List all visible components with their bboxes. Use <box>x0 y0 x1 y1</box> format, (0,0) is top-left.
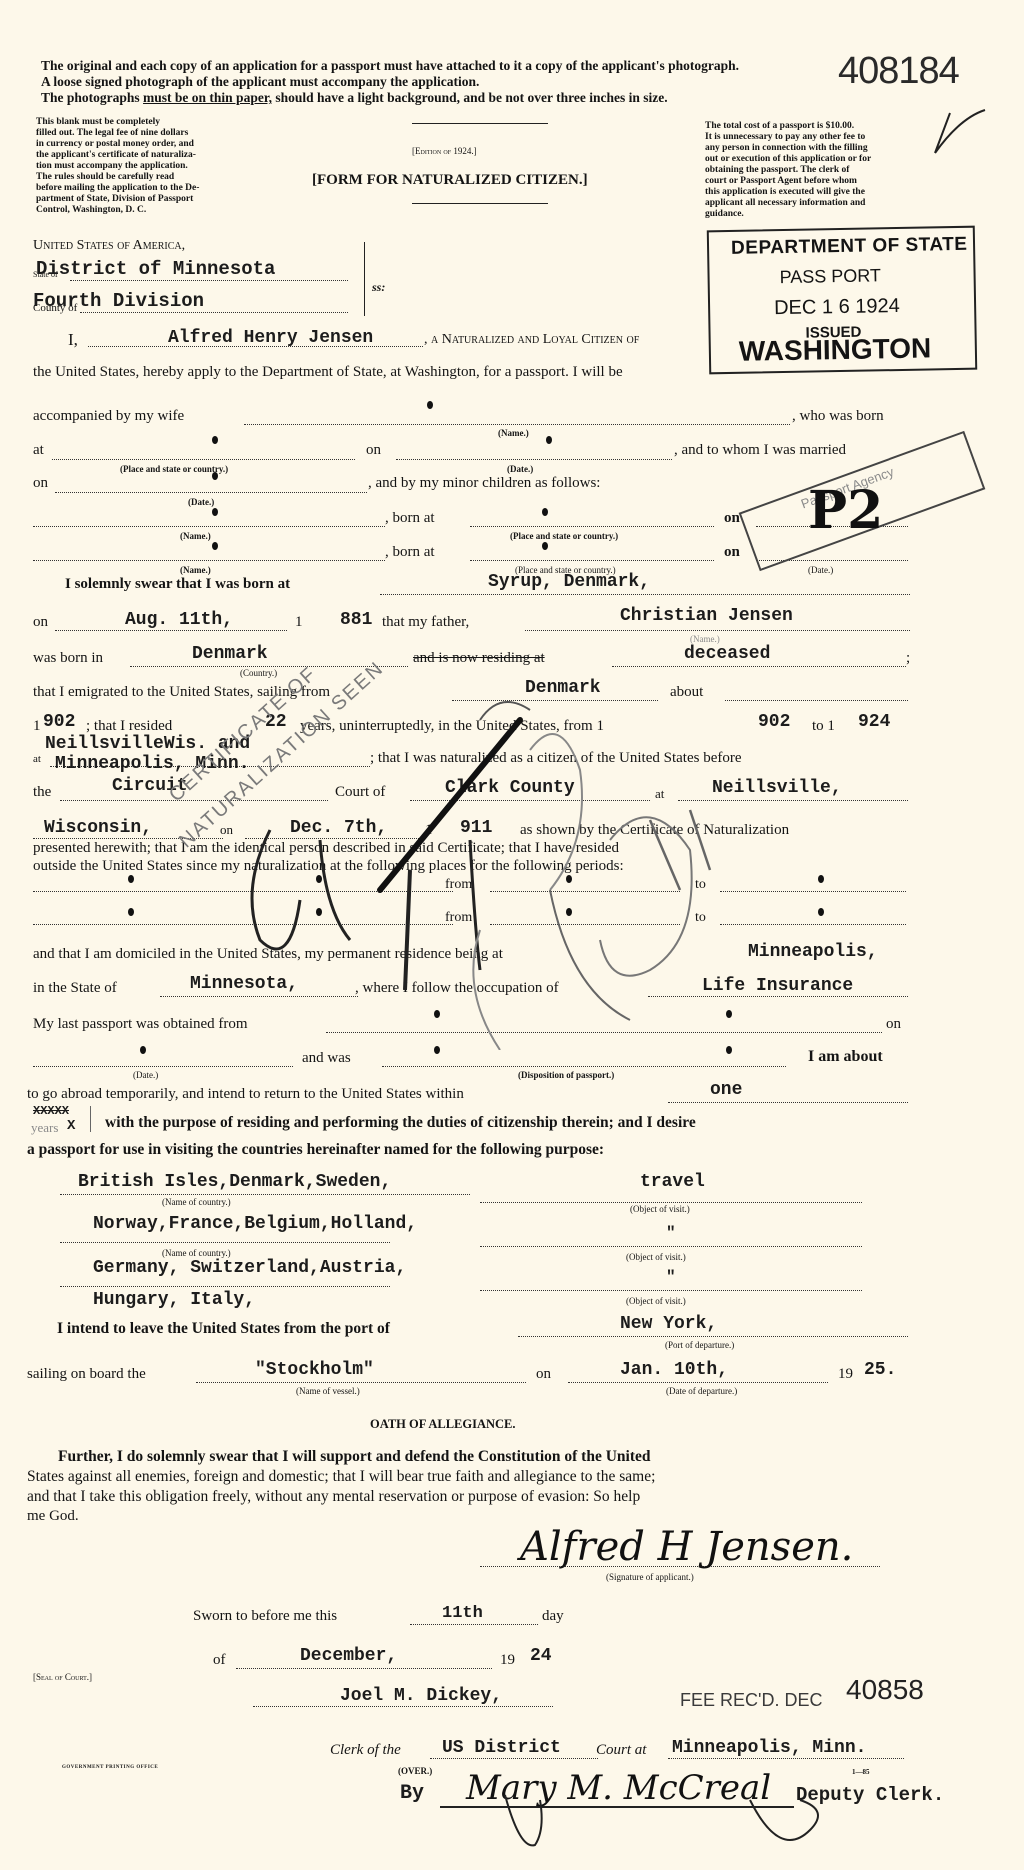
year-prefix: 19 <box>500 1652 515 1669</box>
state-field[interactable]: District of Minnesota <box>36 258 275 280</box>
caption: (Place and state or country.) <box>510 531 618 541</box>
at-label: at <box>33 753 41 765</box>
stamp-washington: WASHINGTON <box>739 332 932 367</box>
to-year-field[interactable]: 924 <box>858 712 890 732</box>
instruction-line: applicant all necessary information and <box>705 198 871 209</box>
stamp-line-1: DEPARTMENT OF STATE <box>731 234 968 260</box>
object-line-3 <box>480 1290 862 1291</box>
instruction-line: court or Passport Agent before whom <box>705 176 871 187</box>
year-prefix: 1 <box>295 614 303 631</box>
object-field-1[interactable]: travel <box>640 1172 705 1192</box>
oath-line-1: Further, I do solemnly swear that I will… <box>58 1448 651 1466</box>
seal-label: [Seal of Court.] <box>33 1672 92 1682</box>
disposition-line <box>382 1066 786 1067</box>
on-label: on <box>536 1366 551 1383</box>
required-marker <box>212 472 218 480</box>
return-period-field[interactable]: one <box>710 1080 742 1100</box>
instruction-line: This blank must be completely <box>36 117 199 128</box>
required-marker <box>212 542 218 550</box>
instruction-line: tion must accompany the application. <box>36 161 199 172</box>
stamp-line-2: PASS PORT <box>779 265 881 288</box>
child-2-place-line <box>470 560 714 561</box>
departure-date-line <box>568 1382 828 1383</box>
caption: (Name.) <box>498 428 529 438</box>
wife-birthdate-line <box>396 459 672 460</box>
required-marker <box>546 436 552 444</box>
father-status-field[interactable]: deceased <box>684 644 770 664</box>
clerk-of-label: Clerk of the <box>330 1742 401 1759</box>
citizen-text: , a Naturalized and Loyal Citizen of <box>424 332 639 348</box>
caption: (Date of departure.) <box>666 1386 737 1396</box>
applicant-name-field[interactable]: Alfred Henry Jensen <box>168 328 373 348</box>
on-label: on <box>724 544 740 561</box>
to-label: to 1 <box>812 718 835 735</box>
countries-line-2 <box>60 1242 390 1243</box>
court-state-field[interactable]: Wisconsin, <box>44 818 152 838</box>
residing-text: and is now residing at <box>413 650 545 667</box>
on-label: on <box>724 510 740 527</box>
sworn-month-field[interactable]: December, <box>300 1646 397 1666</box>
born-at-label: , born at <box>385 544 435 561</box>
object-line-1 <box>480 1202 862 1203</box>
handwritten-annotation-icon <box>230 690 790 1050</box>
required-marker <box>818 875 824 883</box>
instruction-line: It is unnecessary to pay any other fee t… <box>705 132 871 143</box>
father-name-field[interactable]: Christian Jensen <box>620 606 793 626</box>
fee-number: 40858 <box>846 1674 924 1706</box>
born-in-label: was born in <box>33 650 103 667</box>
return-period-line <box>668 1102 908 1103</box>
caption: (Name.) <box>690 634 720 644</box>
port-text: I intend to leave the United States from… <box>57 1320 390 1338</box>
venue-country: United States of America, <box>33 238 185 254</box>
on-label: on <box>366 442 381 459</box>
object-field-3[interactable]: " <box>666 1268 676 1286</box>
countries-line-1 <box>60 1194 470 1195</box>
required-marker <box>427 401 433 409</box>
residing-label: and is now residing at <box>413 650 545 666</box>
years-label: years <box>31 1120 58 1136</box>
caption: (Object of visit.) <box>626 1252 686 1262</box>
required-marker <box>128 908 134 916</box>
instruction-line: this application is executed will give t… <box>705 187 871 198</box>
state-field-line <box>70 280 348 281</box>
oath-title: OATH OF ALLEGIANCE. <box>370 1417 516 1432</box>
oath-line-2: States against all enemies, foreign and … <box>27 1468 655 1486</box>
instruction-line: before mailing the application to the De… <box>36 183 199 194</box>
sworn-year-field[interactable]: 24 <box>530 1646 552 1666</box>
applicant-signature[interactable]: Alfred H Jensen. <box>520 1524 853 1570</box>
notice-line-3-pre: The photographs <box>41 90 143 105</box>
oath-line-4: me God. <box>27 1508 79 1525</box>
year-prefix: 19 <box>838 1366 853 1383</box>
caption: (Date.) <box>133 1070 158 1080</box>
at-label: at <box>33 442 44 459</box>
i-label: I, <box>68 330 78 350</box>
birthdate-field[interactable]: Aug. 11th, <box>125 610 233 630</box>
divider <box>412 203 548 204</box>
handwritten-mark: P2 <box>808 480 883 541</box>
father-country-field[interactable]: Denmark <box>192 644 268 664</box>
caption: (Name of vessel.) <box>296 1386 360 1396</box>
required-marker <box>818 908 824 916</box>
instruction-line: out or execution of this application or … <box>705 154 871 165</box>
departure-year-field[interactable]: 25. <box>864 1360 896 1380</box>
who-born-text: , who was born <box>792 408 884 425</box>
required-marker <box>128 875 134 883</box>
countries-field-3[interactable]: Germany, Switzerland,Austria, <box>93 1258 406 1278</box>
wife-label: accompanied by my wife <box>33 408 184 425</box>
application-number: 408184 <box>838 50 959 93</box>
born-at-label: , born at <box>385 510 435 527</box>
countries-line-3 <box>60 1286 390 1287</box>
birthdate-line <box>55 630 287 631</box>
instruction-line: any person in connection with the fillin… <box>705 143 871 154</box>
stamp-date: DEC 1 6 1924 <box>774 295 900 320</box>
fee-received-stamp: FEE REC'D. DEC <box>680 1690 822 1711</box>
wife-name-line <box>244 424 790 425</box>
instruction-line: Control, Washington, D. C. <box>36 205 199 216</box>
instruction-line: The rules should be carefully read <box>36 172 199 183</box>
and-was-label: and was <box>302 1050 351 1067</box>
edition-label: [Edition of 1924.] <box>412 146 477 156</box>
wife-birthplace-line <box>52 459 355 460</box>
left-instructions: This blank must be completely filled out… <box>36 117 199 216</box>
county-field[interactable]: Fourth Division <box>33 290 204 312</box>
notice-line-3: The photographs must be on thin paper, s… <box>41 90 668 106</box>
on-label: on <box>33 475 48 492</box>
return-text: to go abroad temporarily, and intend to … <box>27 1086 464 1103</box>
instruction-line: in currency or postal money order, and <box>36 139 199 150</box>
brace <box>356 242 365 316</box>
caption: (Object of visit.) <box>630 1204 690 1214</box>
semicolon: ; <box>906 650 910 667</box>
instruction-line: partment of State, Division of Passport <box>36 194 199 205</box>
oath-line-3: and that I take this obligation freely, … <box>27 1488 640 1506</box>
object-field-2[interactable]: " <box>666 1224 676 1242</box>
caption: (Name of country.) <box>162 1197 231 1207</box>
notice-line-3-post: should have a light background, and be n… <box>272 90 668 105</box>
the-label: the <box>33 784 51 801</box>
department-of-state-stamp: DEPARTMENT OF STATE PASS PORT DEC 1 6 19… <box>707 226 977 375</box>
caption: (Date.) <box>507 464 533 474</box>
caption: (Name.) <box>180 565 211 575</box>
caption: (Disposition of passport.) <box>518 1070 614 1080</box>
instruction-line: obtaining the passport. The clerk of <box>705 165 871 176</box>
on-label: on <box>886 1016 901 1033</box>
children-text: , and by my minor children as follows: <box>368 475 600 492</box>
divider <box>412 123 548 124</box>
years-mark: X <box>67 1118 75 1134</box>
vessel-line <box>196 1382 526 1383</box>
caption: (Country.) <box>240 668 277 678</box>
court-at-label: Court at <box>596 1742 646 1759</box>
purpose-text: with the purpose of residing and perform… <box>105 1114 696 1132</box>
court-city-field[interactable]: Minneapolis, Minn. <box>672 1738 866 1758</box>
father-text: that my father, <box>382 614 469 631</box>
birthplace-field[interactable]: Syrup, Denmark, <box>488 572 650 592</box>
obtained-text: My last passport was obtained from <box>33 1016 248 1033</box>
marriage-date-line <box>55 492 367 493</box>
county-field-line <box>80 312 348 313</box>
brace <box>90 1106 92 1132</box>
swear-text: I solemnly swear that I was born at <box>65 576 290 593</box>
clerk-name-line <box>253 1706 553 1707</box>
child-1-name-line <box>33 526 385 527</box>
father-residence-line <box>612 666 906 667</box>
child-2-name-line <box>33 560 385 561</box>
resided-text: ; that I resided <box>86 718 172 735</box>
birthplace-line <box>380 594 910 595</box>
port-field[interactable]: New York, <box>620 1314 717 1334</box>
of-label: of <box>213 1652 226 1669</box>
checkmark-icon <box>930 108 990 158</box>
emigration-year-field[interactable]: 902 <box>43 712 75 732</box>
instruction-line: the applicant's certificate of naturaliz… <box>36 150 199 161</box>
apply-text: the United States, hereby apply to the D… <box>33 364 623 381</box>
notice-line-3-underlined: must be on thin paper, <box>143 90 272 105</box>
signature-flourish-icon <box>500 1790 560 1860</box>
form-title: [FORM FOR NATURALIZED CITIZEN.] <box>312 172 588 189</box>
caption: (Signature of applicant.) <box>606 1572 694 1582</box>
visit-text: a passport for use in visiting the count… <box>27 1141 604 1159</box>
caption: (Date.) <box>808 565 833 575</box>
right-instructions: The total cost of a passport is $10.00. … <box>705 121 871 220</box>
court-city-line <box>668 1758 904 1759</box>
birth-year-field[interactable]: 881 <box>340 610 372 630</box>
notice-line-1: The original and each copy of an applica… <box>41 58 739 74</box>
sworn-day-field[interactable]: 11th <box>442 1604 483 1623</box>
required-marker <box>212 436 218 444</box>
months-struck: XXXXX <box>33 1104 69 1118</box>
sworn-text: Sworn to before me this <box>193 1608 337 1625</box>
signature-flourish-icon <box>740 1790 840 1860</box>
vessel-field[interactable]: "Stockholm" <box>255 1360 374 1380</box>
sworn-day-line <box>410 1624 538 1625</box>
ss-label: ss: <box>372 280 385 295</box>
caption: (Port of departure.) <box>665 1340 734 1350</box>
form-code: 1—85 <box>852 1768 870 1776</box>
child-1-place-line <box>470 526 714 527</box>
last-passport-date-line <box>33 1066 293 1067</box>
instruction-line: filled out. The legal fee of nine dollar… <box>36 128 199 139</box>
over-label: (OVER.) <box>398 1766 432 1776</box>
port-line <box>518 1336 908 1337</box>
year-prefix: 1 <box>33 718 41 735</box>
instruction-line: The total cost of a passport is $10.00. <box>705 121 871 132</box>
instruction-line: guidance. <box>705 209 871 220</box>
caption: (Name of country.) <box>162 1248 231 1258</box>
state-label: in the State of <box>33 980 117 997</box>
by-label: By <box>400 1782 424 1805</box>
married-text: , and to whom I was married <box>674 442 846 459</box>
departure-date-field[interactable]: Jan. 10th, <box>620 1360 728 1380</box>
court-name-line <box>430 1758 598 1759</box>
passport-application-page: The original and each copy of an applica… <box>0 0 1024 1870</box>
required-marker <box>212 508 218 516</box>
sailing-text: sailing on board the <box>27 1366 146 1383</box>
court-name-field[interactable]: US District <box>442 1738 561 1758</box>
notice-line-2: A loose signed photograph of the applica… <box>41 74 479 90</box>
caption: (Name.) <box>180 531 211 541</box>
required-marker <box>140 1046 146 1054</box>
on-label: on <box>33 614 48 631</box>
countries-field-1[interactable]: British Isles,Denmark,Sweden, <box>78 1172 391 1192</box>
countries-field-4[interactable]: Hungary, Italy, <box>93 1290 255 1310</box>
printing-office-label: GOVERNMENT PRINTING OFFICE <box>62 1765 158 1770</box>
countries-field-2[interactable]: Norway,France,Belgium,Holland, <box>93 1214 417 1234</box>
father-name-line <box>525 630 910 631</box>
caption: (Object of visit.) <box>626 1296 686 1306</box>
about-text: I am about <box>808 1048 883 1066</box>
required-marker <box>542 508 548 516</box>
required-marker <box>542 542 548 550</box>
object-line-2 <box>480 1246 862 1247</box>
sworn-month-line <box>236 1668 492 1669</box>
clerk-name-field[interactable]: Joel M. Dickey, <box>340 1686 502 1706</box>
caption: (Date.) <box>188 497 214 507</box>
day-label: day <box>542 1608 564 1625</box>
